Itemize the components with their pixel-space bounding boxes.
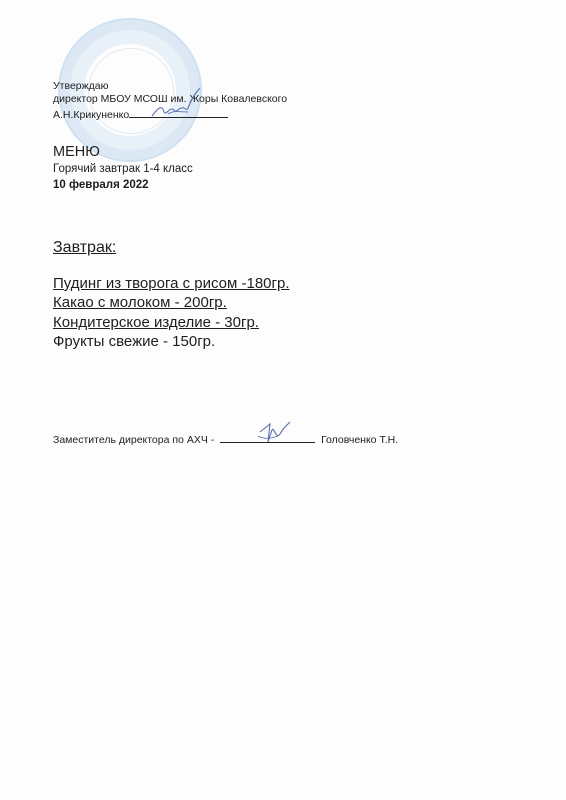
meal-item: Фрукты свежие - 150гр.: [53, 332, 290, 351]
deputy-label: Заместитель директора по АХЧ -: [53, 434, 214, 446]
director-signature: [148, 86, 208, 120]
deputy-signature-block: Заместитель директора по АХЧ - Головченк…: [53, 431, 398, 446]
menu-title: МЕНЮ: [53, 144, 100, 160]
meal-item: Кондитерское изделие - 30гр.: [53, 313, 290, 332]
deputy-signature: [256, 418, 300, 446]
deputy-name: Головченко Т.Н.: [321, 434, 398, 446]
meal-items: Пудинг из творога с рисом -180гр. Какао …: [53, 274, 290, 351]
menu-date: 10 февраля 2022: [53, 179, 149, 191]
meal-item: Пудинг из творога с рисом -180гр.: [53, 274, 290, 293]
menu-subtitle: Горячий завтрак 1-4 класс: [53, 163, 193, 175]
meal-heading: Завтрак:: [53, 239, 116, 257]
meal-item: Какао с молоком - 200гр.: [53, 293, 290, 312]
director-name: А.Н.Крикуненко: [53, 109, 129, 121]
